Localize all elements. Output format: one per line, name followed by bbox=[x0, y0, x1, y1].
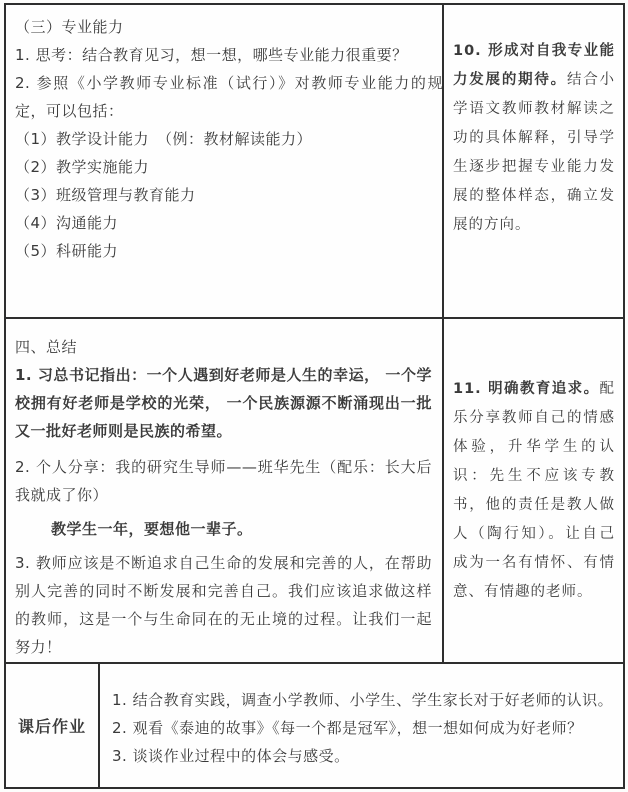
goal-10-body: 结合小学语文教师教材解读之功的具体解释，引导学生逐步把握专业能力发展的整体样态，… bbox=[453, 72, 615, 233]
lesson-plan-page: （三）专业能力 1. 思考：结合教育见习，想一想，哪些专业能力很重要？ 2. 参… bbox=[0, 0, 628, 792]
ability-item-3: （3）班级管理与教育能力 bbox=[15, 181, 432, 209]
homework-item-2: 2. 观看《泰迪的故事》《每一个都是冠军》，想一想如何成为好老师？ bbox=[112, 714, 615, 742]
table-row: 四、总结 1. 习总书记指出：一个人遇到好老师是人生的幸运， 一个学校拥有好老师… bbox=[6, 319, 623, 664]
lesson-plan-table: （三）专业能力 1. 思考：结合教育见习，想一想，哪些专业能力很重要？ 2. 参… bbox=[4, 3, 625, 789]
table-row: （三）专业能力 1. 思考：结合教育见习，想一想，哪些专业能力很重要？ 2. 参… bbox=[6, 5, 623, 319]
ability-standard-line: 2. 参照《小学教师专业标准（试行）》对教师专业能力的规定，可以包括： bbox=[15, 69, 443, 125]
cell-goal-11: 11. 明确教育追求。配乐分享教师自己的情感体验，升华学生的认识：先生不应该专教… bbox=[444, 319, 623, 662]
table-row: 课后作业 1. 结合教育实践，调查小学教师、小学生、学生家长对于好老师的认识。 … bbox=[6, 664, 623, 787]
homework-label: 课后作业 bbox=[18, 714, 86, 737]
ability-item-4: （4）沟通能力 bbox=[15, 209, 432, 237]
homework-item-1: 1. 结合教育实践，调查小学教师、小学生、学生家长对于好老师的认识。 bbox=[112, 686, 615, 714]
homework-content-cell: 1. 结合教育实践，调查小学教师、小学生、学生家长对于好老师的认识。 2. 观看… bbox=[100, 664, 623, 787]
homework-item-3: 3. 谈谈作业过程中的体会与感受。 bbox=[112, 742, 615, 770]
summary-item-1: 1. 习总书记指出：一个人遇到好老师是人生的幸运， 一个学校拥有好老师是学校的光… bbox=[15, 361, 432, 445]
summary-item-3: 3. 教师应该是不断追求自己生命的发展和完善的人，在帮助别人完善的同时不断发展和… bbox=[15, 549, 432, 661]
cell-summary: 四、总结 1. 习总书记指出：一个人遇到好老师是人生的幸运， 一个学校拥有好老师… bbox=[6, 319, 444, 662]
summary-item-2: 2. 个人分享：我的研究生导师——班华先生（配乐：长大后我就成了你） bbox=[15, 453, 432, 509]
ability-think-line: 1. 思考：结合教育见习，想一想，哪些专业能力很重要？ bbox=[15, 41, 432, 69]
goal-11-body: 配乐分享教师自己的情感体验，升华学生的认识：先生不应该专教书，他的责任是教人做人… bbox=[453, 381, 615, 600]
ability-item-1: （1）教学设计能力 （例：教材解读能力） bbox=[15, 125, 432, 153]
summary-quote: 教学生一年，要想他一辈子。 bbox=[15, 515, 432, 543]
summary-heading: 四、总结 bbox=[15, 333, 432, 361]
section-heading: （三）专业能力 bbox=[15, 13, 432, 41]
ability-item-2: （2）教学实施能力 bbox=[15, 153, 432, 181]
goal-10-text: 10. 形成对自我专业能力发展的期待。结合小学语文教师教材解读之功的具体解释，引… bbox=[453, 37, 615, 240]
cell-goal-10: 10. 形成对自我专业能力发展的期待。结合小学语文教师教材解读之功的具体解释，引… bbox=[444, 5, 623, 317]
goal-11-lead: 11. 明确教育追求。 bbox=[453, 381, 600, 397]
homework-label-cell: 课后作业 bbox=[6, 664, 100, 787]
goal-11-text: 11. 明确教育追求。配乐分享教师自己的情感体验，升华学生的认识：先生不应该专教… bbox=[453, 375, 615, 607]
ability-item-5: （5）科研能力 bbox=[15, 237, 432, 265]
cell-professional-ability: （三）专业能力 1. 思考：结合教育见习，想一想，哪些专业能力很重要？ 2. 参… bbox=[6, 5, 444, 317]
